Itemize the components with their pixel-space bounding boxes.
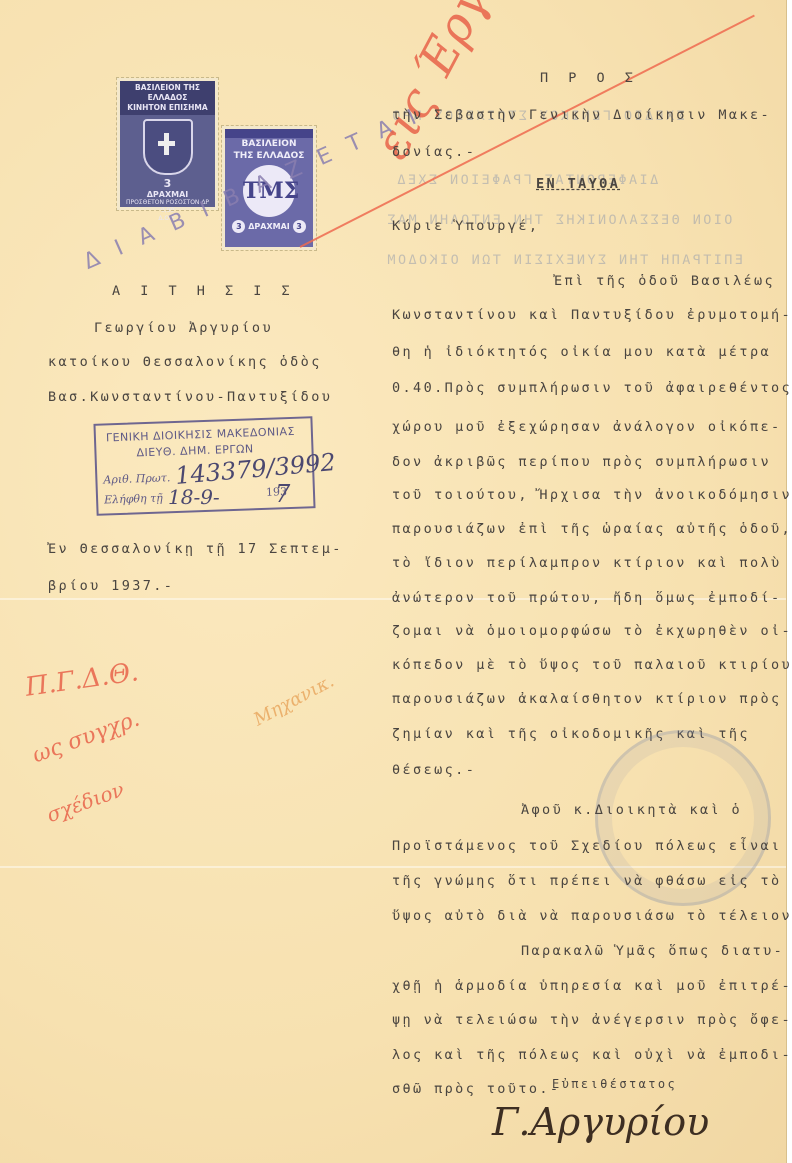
received-date: 18-9- <box>168 485 220 509</box>
body-line: παρουσιάζων ἐπὶ τῆς ὡραίας αὐτῆς ὁδοῦ, <box>392 521 792 537</box>
recipient-line: δονίας.- <box>392 144 476 160</box>
revenue-stamp-coat-of-arms: ΒΑΣΙΛΕΙΟΝ ΤΗΣ ΕΛΛΑΔΟΣΚΙΝΗΤΟΝ ΕΠΙΣΗΜΑ 3 Δ… <box>117 78 218 210</box>
body-line: ζομαι νὰ ὁμοιομορφώσω τὸ ἐκχωρηθὲν οἰ- <box>392 623 792 639</box>
applicant-line: Γεωργίου Ἀργυρίου <box>94 320 273 336</box>
received-year: 7 <box>275 480 290 508</box>
stamp-text: ΒΑΣΙΛΕΙΟΝ <box>225 138 313 150</box>
received-label: Ελήφθη τῇ <box>104 491 163 506</box>
body-line: Κωνσταντίνου καὶ Παντυξίδου ἐρυμοτομή- <box>392 307 792 323</box>
application-title: Α Ι Τ Η Σ Ι Σ <box>112 283 296 299</box>
body-line: τῆς γνώμης ὅτι πρέπει νὰ φθάσω εἰς τὸ <box>392 873 782 889</box>
bleed-through-text: ΕΠΙΤΡΑΠΗ ΤΗΝ ΣΥΝΕΧΙΣΙΝ ΤΩΝ ΟΙΚΟΔΟΜ <box>385 252 743 268</box>
applicant-line: κατοίκου Θεσσαλονίκης ὁδὸς <box>48 354 322 370</box>
stamp-value: 3 <box>232 220 245 233</box>
protocol-label: Αριθ. Πρωτ. <box>103 471 170 486</box>
body-line: παρουσιάζων ἀκαλαίσθητον κτίριον πρὸς <box>392 691 782 707</box>
body-line: Ἐπὶ τῆς ὁδοῦ Βασιλέως <box>554 273 775 289</box>
signature: Γ.Αργυρίου <box>492 1100 709 1144</box>
body-line: χώρου μοῦ ἐξεχώρησαν ἀνάλογον οἰκόπε- <box>392 419 782 435</box>
stamp-value: 3 <box>293 220 306 233</box>
body-line: Ἀφοῦ κ.Διοικητὰ καὶ ὁ <box>521 802 742 818</box>
body-line: ἀνώτερον τοῦ πρώτου, ἤδη ὅμως ἐμποδί- <box>392 590 782 606</box>
date-line: βρίου 1937.- <box>48 578 174 594</box>
date-line: Ἐν Θεσσαλονίκῃ τῇ 17 Σεπτεμ- <box>48 541 343 557</box>
document-page: ΣΧΕΔΙΟ ΓΕΝΙΚΟΥ ΣΤΟΙΧΕΙΟΥ ΠΡΟ ΔΙΑΦΕΡΟΝΤΑΣ… <box>0 0 787 1163</box>
body-line: 0.40.Πρὸς συμπλήρωσιν τοῦ ἀφαιρεθέντος <box>392 380 792 396</box>
body-line: τὸ ἴδιον περίλαμπρον κτίριον καὶ πολὺ <box>392 555 782 571</box>
coat-of-arms-icon <box>143 119 193 175</box>
body-line: Προϊστάμενος τοῦ Σχεδίου πόλεως εἶναι <box>392 838 782 854</box>
stamp-currency: ΔΡΑΧΜΑΙ <box>248 222 290 231</box>
stamp-value: 3 <box>120 177 215 190</box>
department-heading: ΕΝ ΤΑΥΘΑ <box>536 176 620 192</box>
red-pencil-note: σχέδιον <box>43 777 127 827</box>
red-pencil-annotation: εις Έργα <box>363 0 515 168</box>
applicant-line: Βασ.Κωνσταντίνου-Παντυξίδου <box>48 389 332 405</box>
body-line: τοῦ τοιούτου, Ἤρχισα τὴν ἀνοικοδόμησιν <box>392 487 792 503</box>
closing: Εὐπειθέστατος <box>552 1077 677 1091</box>
to-label: Π Ρ Ο Σ <box>540 70 639 86</box>
recipient-line: τὴν Σεβαστὴν Γενικὴν Διοίκησιν Μακε- <box>392 107 771 123</box>
body-line: κόπεδον μὲ τὸ ὕψος τοῦ παλαιοῦ κτιρίου <box>392 657 792 673</box>
red-pencil-note: ως συγχρ. <box>29 707 143 769</box>
body-line: θέσεως.- <box>392 762 476 778</box>
body-line: ὕψος αὐτὸ διὰ νὰ παρουσιάσω τὸ τέλειον <box>392 908 792 924</box>
body-line: δον ἀκριβῶς περίπου πρὸς συμπλήρωσιν <box>392 454 771 470</box>
body-line: θη ἡ ἰδιόκτητός οἰκία μου κατὰ μέτρα <box>392 344 771 360</box>
stamp-text: ΚΙΝΗΤΟΝ ΕΠΙΣΗΜΑ <box>120 103 215 113</box>
red-pencil-note: Π.Γ.Δ.Θ. <box>23 657 140 703</box>
body-line: λος καὶ τῆς πόλεως καὶ οὐχὶ νὰ ἐμποδι- <box>392 1047 792 1063</box>
body-line: Παρακαλῶ Ὑμᾶς ὅπως διατυ- <box>521 943 784 959</box>
body-line: ψῃ νὰ τελειώσω τὴν ἀνέγερσιν πρὸς ὄφε- <box>392 1012 792 1028</box>
stamp-value-row: 3 ΔΡΑΧΜΑΙ 3 <box>225 220 313 233</box>
red-pencil-note: Μηχανικ. <box>250 671 337 731</box>
stamp-text: ΓΕΝΙΚΗ ΔΙΟΙΚΗΣΙΣ ΜΑΚΕΔΟΝΙΑΣ <box>106 425 295 445</box>
salutation: Κύριε Ὑπουργέ, <box>392 218 539 234</box>
stamp-text: ΒΑΣΙΛΕΙΟΝ ΤΗΣ ΕΛΛΑΔΟΣ <box>120 83 215 103</box>
body-line: χθῇ ἡ ἁρμοδία ὑπηρεσία καὶ μοῦ ἐπιτρέ- <box>392 978 792 994</box>
body-line: σθῶ πρὸς τοῦτο.- <box>392 1081 560 1097</box>
